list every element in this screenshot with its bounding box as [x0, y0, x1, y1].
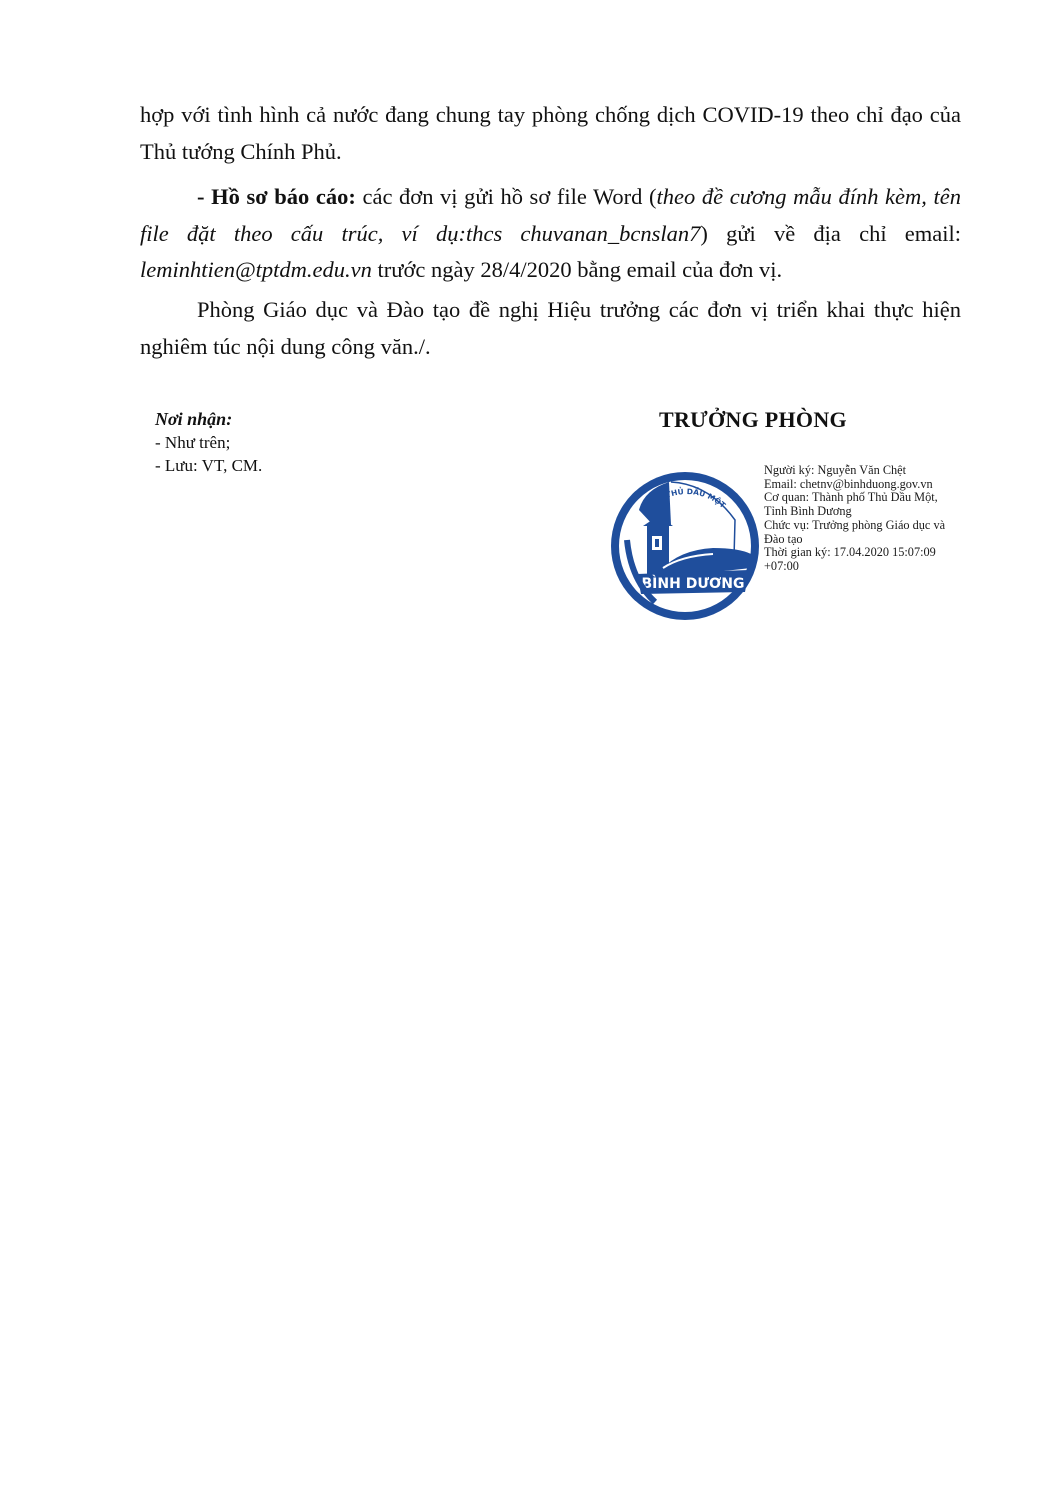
signer-position: Chức vụ: Trưởng phòng Giáo dục và Đào tạ… — [764, 519, 949, 546]
recipient-item: - Lưu: VT, CM. — [155, 454, 262, 477]
recipient-item: - Như trên; — [155, 431, 262, 454]
svg-text:BÌNH DƯƠNG: BÌNH DƯƠNG — [642, 575, 745, 592]
paragraph-closing: Phòng Giáo dục và Đào tạo đề nghị Hiệu t… — [140, 292, 961, 365]
signer-agency: Cơ quan: Thành phố Thủ Dầu Một, Tỉnh Bìn… — [764, 491, 949, 518]
binh-duong-logo-icon: BÌNH DƯƠNG THỦ DẦU MỘT — [609, 470, 761, 622]
signing-time: Thời gian ký: 17.04.2020 15:07:09 +07:00 — [764, 546, 949, 573]
report-text-a: các đơn vị gửi hồ sơ file Word ( — [356, 184, 657, 209]
paragraph-text: Phòng Giáo dục và Đào tạo đề nghị Hiệu t… — [140, 297, 961, 359]
paragraph-text: hợp với tình hình cả nước đang chung tay… — [140, 102, 961, 164]
recipients-block: Nơi nhận: - Như trên; - Lưu: VT, CM. — [155, 408, 262, 477]
signer-name: Người ký: Nguyễn Văn Chệt — [764, 464, 949, 478]
signer-email: Email: chetnv@binhduong.gov.vn — [764, 478, 949, 492]
paragraph-covid-context: hợp với tình hình cả nước đang chung tay… — [140, 97, 961, 170]
report-text-c: trước ngày 28/4/2020 bằng email của đơn … — [372, 257, 782, 282]
paragraph-report-submission: - Hồ sơ báo cáo: các đơn vị gửi hồ sơ fi… — [140, 179, 961, 289]
recipients-heading: Nơi nhận: — [155, 408, 262, 431]
signer-title: TRƯỞNG PHÒNG — [659, 407, 847, 433]
report-lead-label: - Hồ sơ báo cáo: — [197, 184, 356, 209]
report-email-link[interactable]: leminhtien@tptdm.edu.vn — [140, 257, 372, 282]
report-text-b: ) gửi về địa chỉ email: — [700, 221, 961, 246]
digital-signature-info: Người ký: Nguyễn Văn Chệt Email: chetnv@… — [764, 464, 949, 574]
document-page: hợp với tình hình cả nước đang chung tay… — [0, 0, 1061, 1500]
